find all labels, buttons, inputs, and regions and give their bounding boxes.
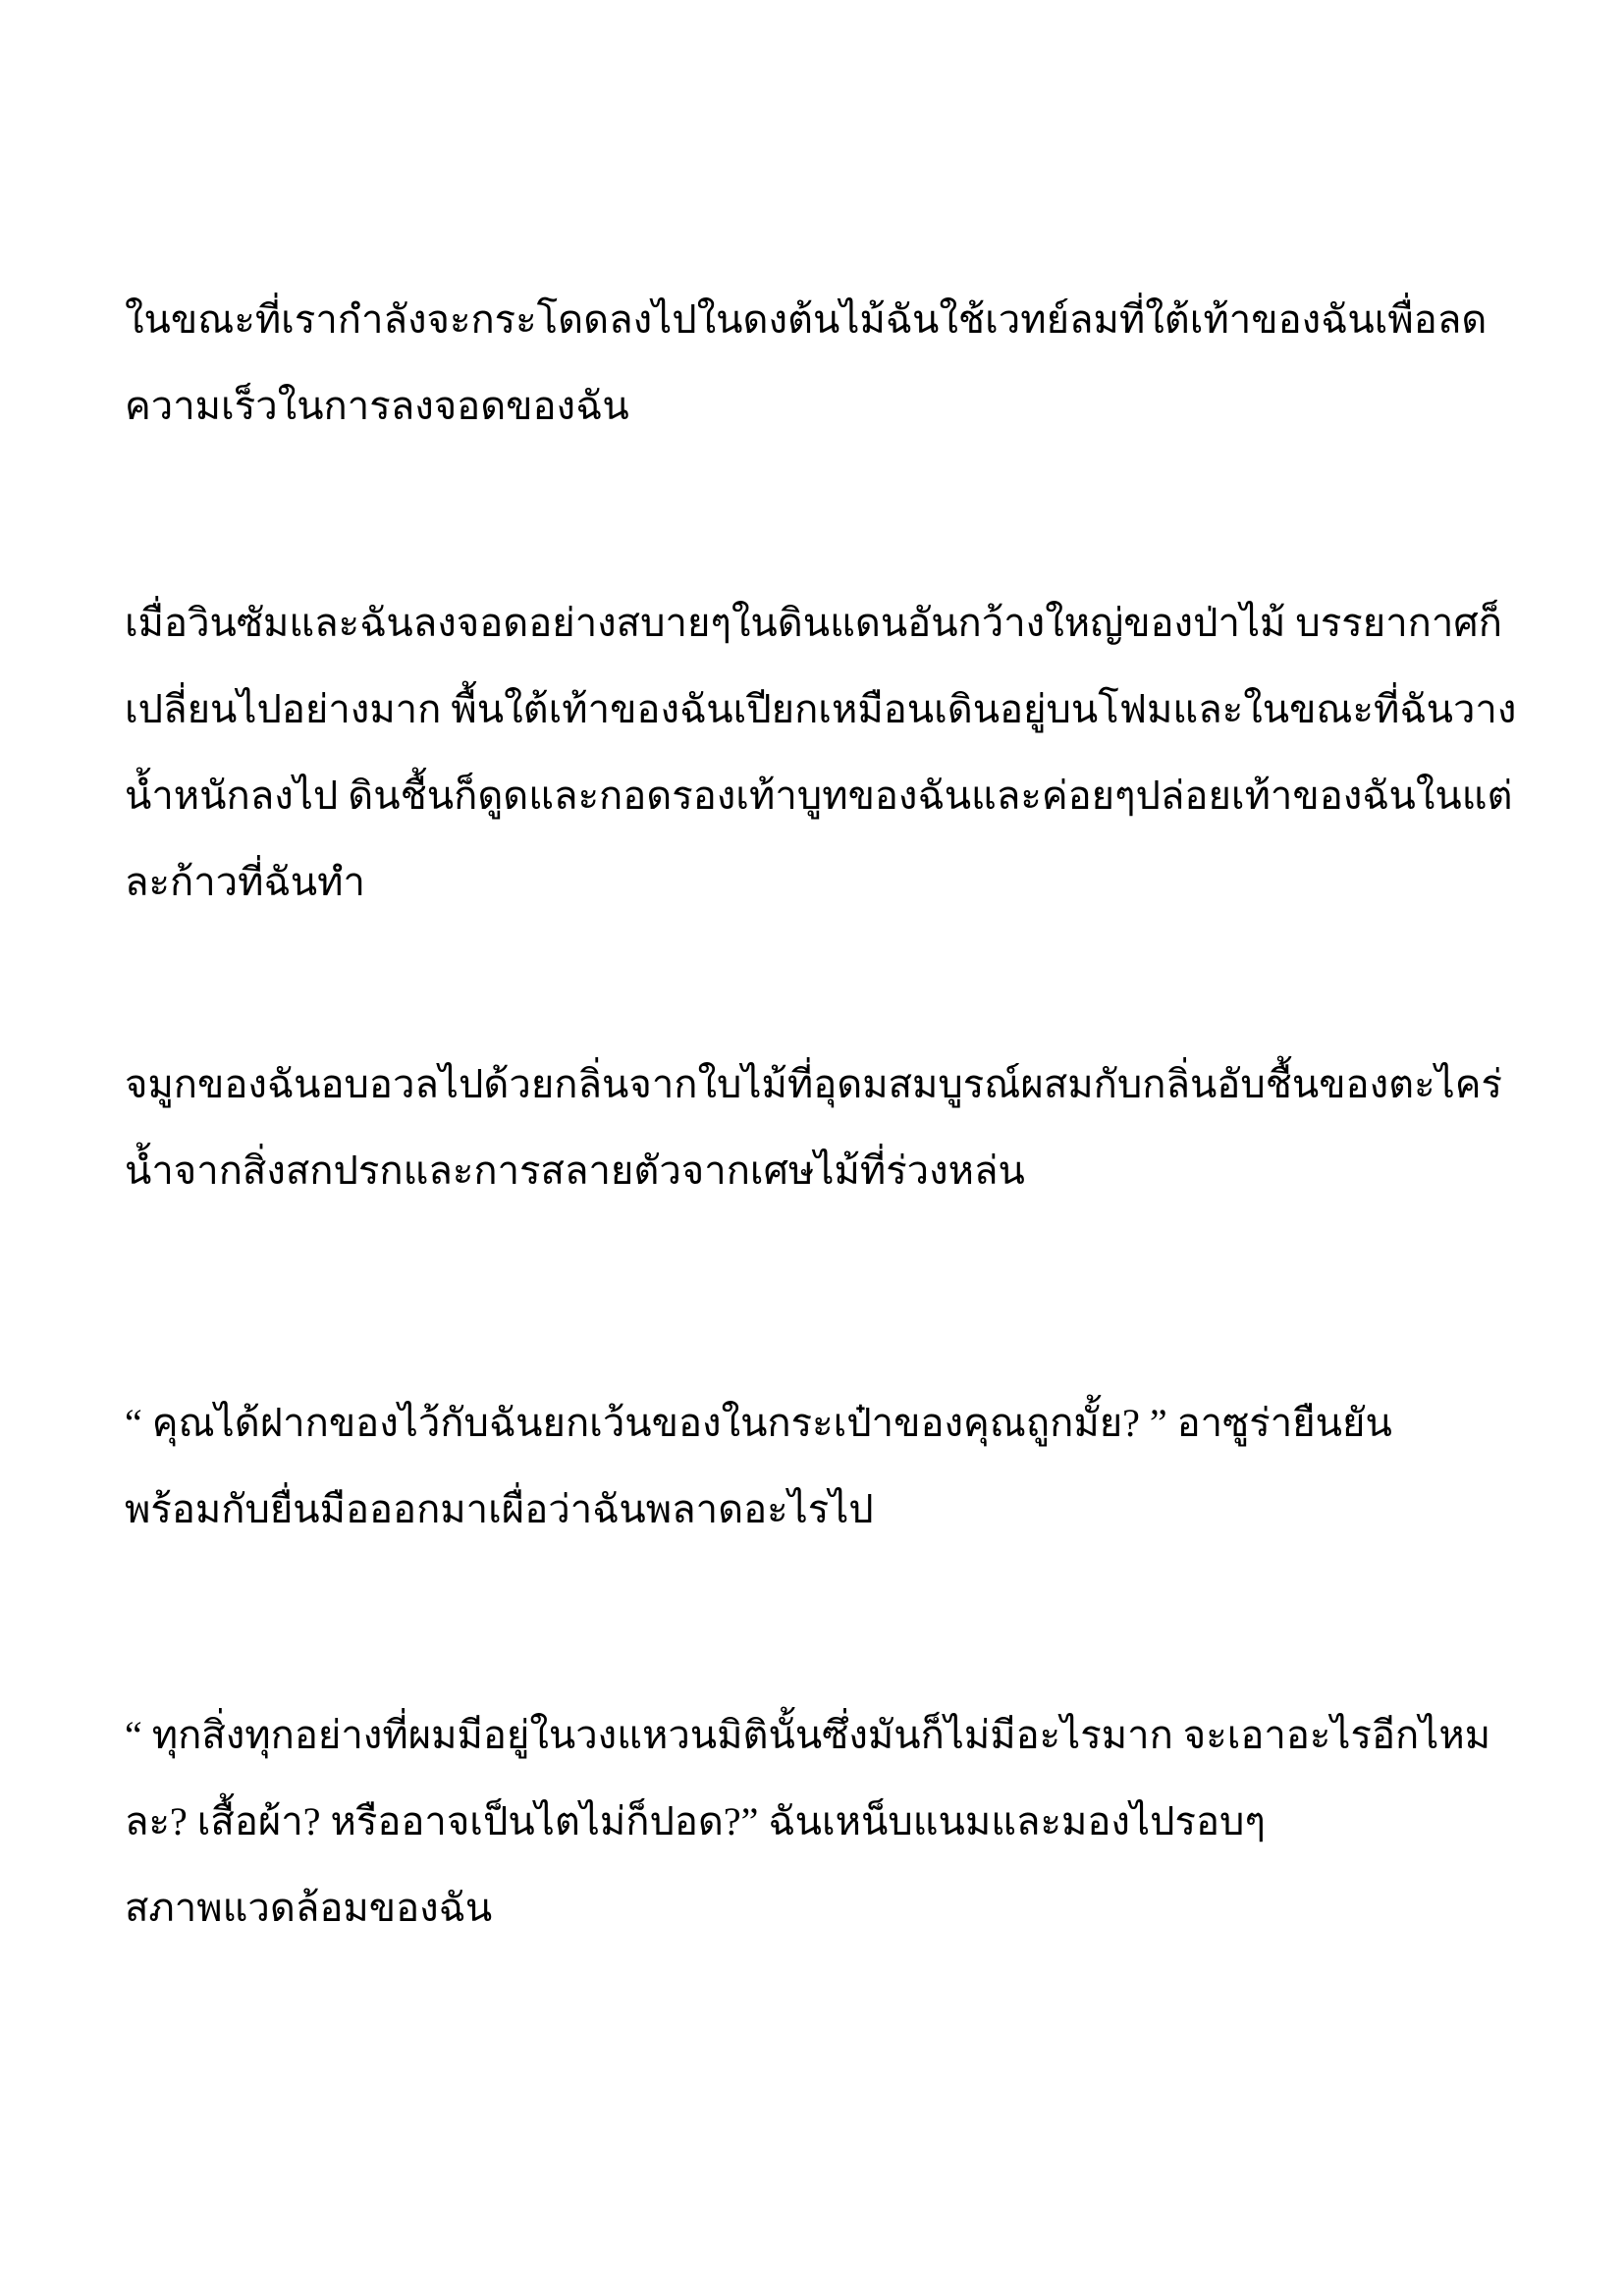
text-line: เปลี่ยนไปอย่างมาก พื้นใต้เท้าของฉันเปียก… (125, 667, 1511, 753)
text-line: สภาพแวดล้อมของฉัน (125, 1865, 1511, 1951)
document-page: ในขณะที่เรากำลังจะกระโดดลงไปในดงต้นไม้ฉั… (0, 0, 1624, 2296)
text-line: ในขณะที่เรากำลังจะกระโดดลงไปในดงต้นไม้ฉั… (125, 277, 1511, 363)
text-line: ละ? เสื้อผ้า? หรืออาจเป็นไตไม่ก็ปอด?” ฉั… (125, 1779, 1511, 1865)
text-line: ละก้าวที่ฉันทำ (125, 839, 1511, 926)
paragraph: เมื่อวินซัมและฉันลงจอดอย่างสบายๆในดินแดน… (125, 580, 1511, 926)
paragraph: “ ทุกสิ่งทุกอย่างที่ผมมีอยู่ในวงแหวนมิติ… (125, 1692, 1511, 1951)
text-line: พร้อมกับยื่นมือออกมาเผื่อว่าฉันพลาดอะไรไ… (125, 1467, 1511, 1553)
text-line: น้ำหนักลงไป ดินชื้นก็ดูดและกอดรองเท้าบูท… (125, 753, 1511, 839)
text-line: น้ำจากสิ่งสกปรกและการสลายตัวจากเศษไม้ที่… (125, 1128, 1511, 1214)
paragraph: ในขณะที่เรากำลังจะกระโดดลงไปในดงต้นไม้ฉั… (125, 277, 1511, 450)
paragraph: “ คุณได้ฝากของไว้กับฉันยกเว้นของในกระเป๋… (125, 1380, 1511, 1553)
text-line: เมื่อวินซัมและฉันลงจอดอย่างสบายๆในดินแดน… (125, 580, 1511, 667)
text-line: จมูกของฉันอบอวลไปด้วยกลิ่นจากใบไม้ที่อุด… (125, 1041, 1511, 1128)
text-line: “ คุณได้ฝากของไว้กับฉันยกเว้นของในกระเป๋… (125, 1380, 1511, 1467)
text-line: ความเร็วในการลงจอดของฉัน (125, 363, 1511, 450)
paragraph: จมูกของฉันอบอวลไปด้วยกลิ่นจากใบไม้ที่อุด… (125, 1041, 1511, 1214)
text-line: “ ทุกสิ่งทุกอย่างที่ผมมีอยู่ในวงแหวนมิติ… (125, 1692, 1511, 1779)
